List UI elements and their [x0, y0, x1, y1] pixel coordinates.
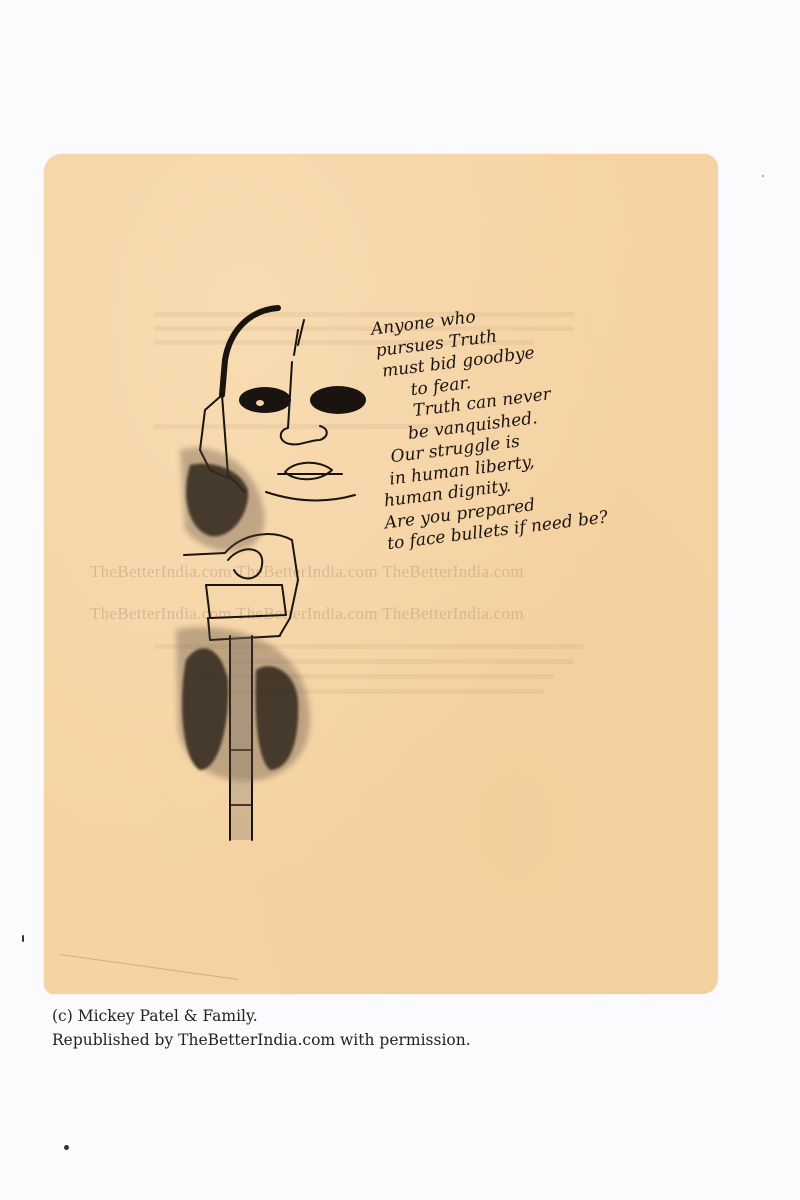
- ink-illustration: [170, 300, 380, 860]
- dust-speck: [22, 935, 24, 942]
- dust-speck: [762, 175, 764, 177]
- photo-credit-caption: (c) Mickey Patel & Family. Republished b…: [52, 1004, 471, 1052]
- dust-speck: [64, 1145, 69, 1150]
- page: TheBetterIndia.com TheBetterIndia.com Th…: [0, 0, 800, 1200]
- paper-crease: [60, 954, 238, 980]
- republished-line: Republished by TheBetterIndia.com with p…: [52, 1028, 471, 1052]
- copyright-line: (c) Mickey Patel & Family.: [52, 1004, 471, 1028]
- handwritten-quote: Anyone who pursues Truth must bid goodby…: [352, 294, 609, 557]
